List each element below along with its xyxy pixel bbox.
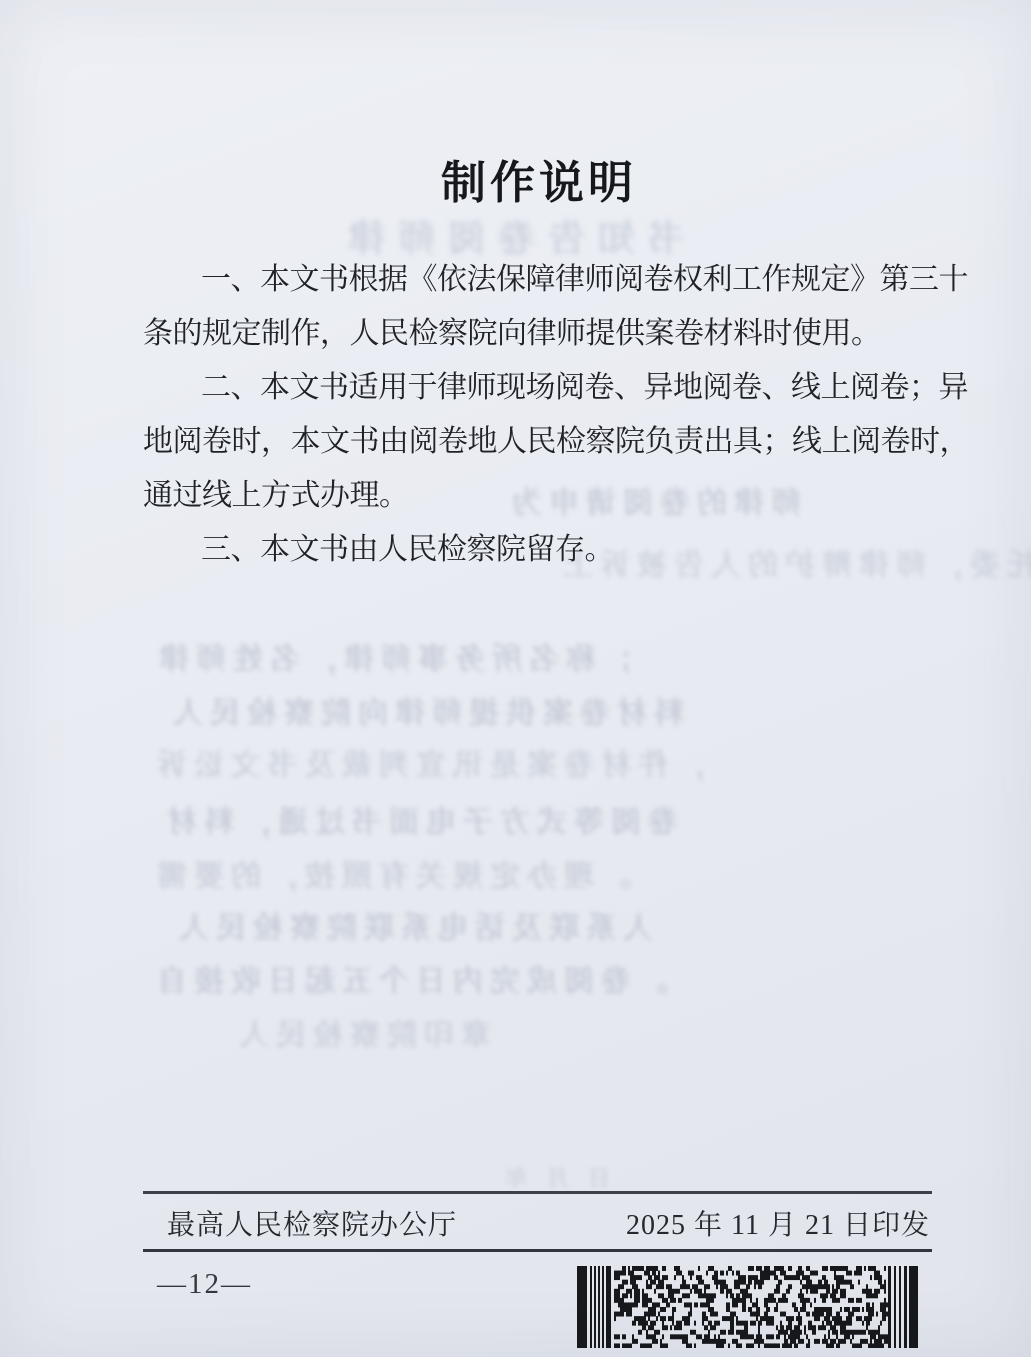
print-date: 2025 年 11 月 21 日印发 [626,1203,930,1243]
barcode [577,1266,918,1348]
page-title: 制作说明 [143,146,935,211]
text-line: 三、本文书由人民检察院留存。 [143,523,943,577]
document-body: 一、本文书根据《依法保障律师阅卷权利工作规定》第三十 条的规定制作，人民检察院向… [143,253,943,577]
bleedthrough-text: 。理办定规关有照按，的要需 [150,851,631,895]
paragraph-2: 二、本文书适用于律师现场阅卷、异地阅卷、线上阅卷；异 地阅卷时，本文书由阅卷地人… [143,361,943,523]
bleedthrough-text: 料材卷案供提师律向院察检民人 [166,688,684,732]
text-line: 条的规定制作，人民检察院向律师提供案卷材料时使用。 [143,307,943,361]
footer-bottom-rule [143,1249,932,1252]
text-line: 通过线上方式办理。 [143,469,943,523]
text-line: 一、本文书根据《依法保障律师阅卷权利工作规定》第三十 [143,253,943,307]
document-footer: 最高人民检察院办公厅 2025 年 11 月 21 日印发 [143,1191,932,1252]
document-page: 书知告卷阅师律 师律的卷阅请申为 人托委，师律辩护的人告被诉上 ；称名所务事师律… [0,0,1031,1357]
text-line: 地阅卷时，本文书由阅卷地人民检察院负责出具；线上阅卷时， [143,415,943,469]
paragraph-3: 三、本文书由人民检察院留存。 [143,523,943,577]
page-number: —12— [157,1268,252,1301]
bleedthrough-text: ；称名所务事师律，名姓师律 [152,634,633,678]
bleedthrough-text: 章印院察检民人 [232,1010,491,1054]
footer-row: 最高人民检察院办公厅 2025 年 11 月 21 日印发 [143,1194,932,1249]
bleedthrough-text: ，件材卷案是讯宣判裁及书文讼诉 [150,740,705,784]
bleedthrough-text: 。卷阅成完内日个五起日收接自 [150,956,668,1000]
issuing-office: 最高人民检察院办公厅 [167,1203,457,1243]
bleedthrough-text: 卷阅等式方子电面书过通，料材 [160,797,678,841]
paragraph-1: 一、本文书根据《依法保障律师阅卷权利工作规定》第三十 条的规定制作，人民检察院向… [143,253,943,361]
bleedthrough-text: 人系联及话电系联院察检民人 [172,903,653,947]
bleedthrough-text: 日 月 年 [498,1162,610,1193]
text-line: 二、本文书适用于律师现场阅卷、异地阅卷、线上阅卷；异 [143,361,943,415]
